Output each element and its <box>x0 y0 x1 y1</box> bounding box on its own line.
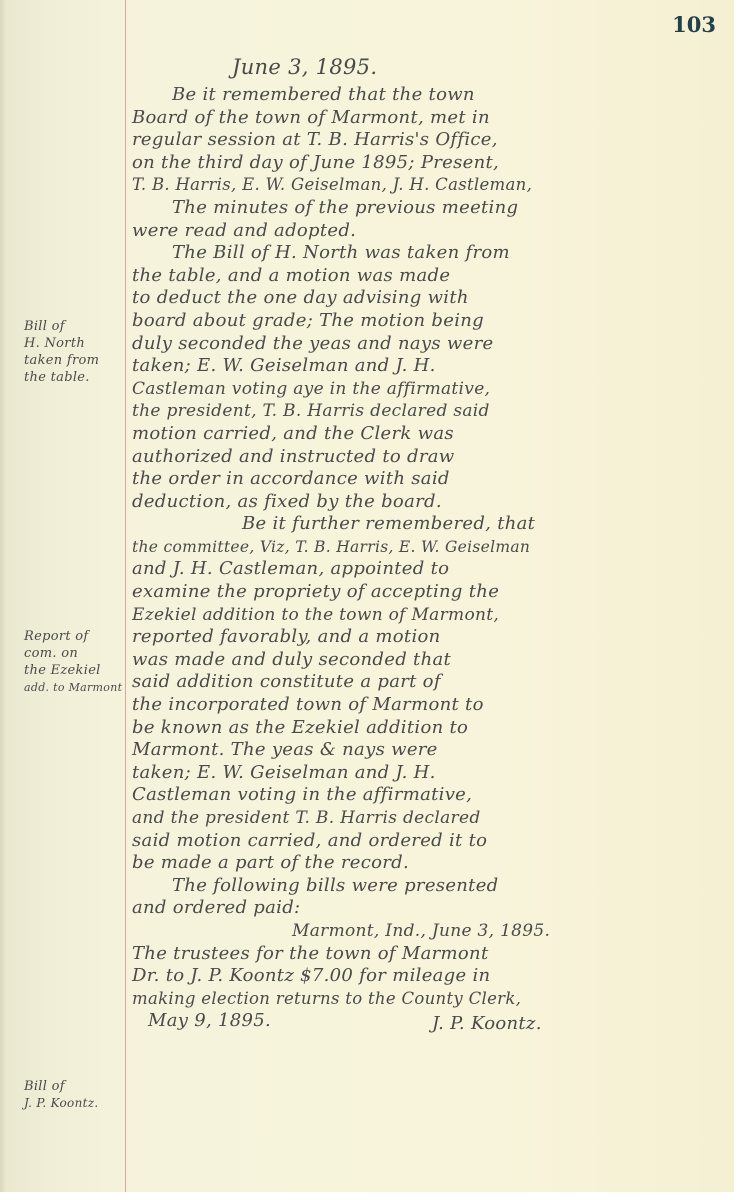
margin-note-line: H. North <box>24 335 124 352</box>
page-number: 103 <box>672 12 716 37</box>
bill-line: making election returns to the County Cl… <box>132 988 728 1011</box>
entry-line: and ordered paid: <box>132 897 728 920</box>
entry-line: the president, T. B. Harris declared sai… <box>132 400 728 423</box>
margin-note-line: Bill of <box>24 318 124 335</box>
entry-line: the table, and a motion was made <box>132 265 728 288</box>
entry-date-heading: June 3, 1895. <box>132 50 728 84</box>
entry-line: deduction, as fixed by the board. <box>132 491 728 514</box>
entry-line: and J. H. Castleman, appointed to <box>132 558 728 581</box>
entry-line: Board of the town of Marmont, met in <box>132 107 728 130</box>
entry-line: be made a part of the record. <box>132 852 728 875</box>
entry-line: motion carried, and the Clerk was <box>132 423 728 446</box>
entry-line: said addition constitute a part of <box>132 671 728 694</box>
entry-line: the order in accordance with said <box>132 468 728 491</box>
margin-note-line: Report of <box>24 628 124 645</box>
entry-line: Castleman voting in the affirmative, <box>132 784 728 807</box>
entry-line: regular session at T. B. Harris's Office… <box>132 129 728 152</box>
binding-shadow <box>0 0 6 1192</box>
entry-line: the committee, Viz, T. B. Harris, E. W. … <box>132 536 728 559</box>
entry-line: Castleman voting aye in the affirmative, <box>132 378 728 401</box>
entry-line: to deduct the one day advising with <box>132 287 728 310</box>
minutes-entry: June 3, 1895. Be it remembered that the … <box>132 50 728 1036</box>
margin-note-line: the table. <box>24 369 124 386</box>
entry-line: T. B. Harris, E. W. Geiselman, J. H. Cas… <box>132 174 728 197</box>
entry-line: were read and adopted. <box>132 220 728 243</box>
margin-note-north-bill: Bill of H. North taken from the table. <box>24 318 124 386</box>
entry-line: duly seconded the yeas and nays were <box>132 333 728 356</box>
entry-line: authorized and instructed to draw <box>132 446 728 469</box>
bill-line: Dr. to J. P. Koontz $7.00 for mileage in <box>132 965 728 988</box>
entry-line: said motion carried, and ordered it to <box>132 830 728 853</box>
entry-line: taken; E. W. Geiselman and J. H. <box>132 762 728 785</box>
margin-note-koontz-bill: Bill of J. P. Koontz. <box>24 1078 124 1112</box>
ledger-page: 103 Bill of H. North taken from the tabl… <box>0 0 734 1192</box>
bill-date: Marmont, Ind., June 3, 1895. <box>132 920 728 943</box>
entry-line: be known as the Ezekiel addition to <box>132 717 728 740</box>
entry-line: reported favorably, and a motion <box>132 626 728 649</box>
entry-line: on the third day of June 1895; Present, <box>132 152 728 175</box>
entry-line: The Bill of H. North was taken from <box>132 242 728 265</box>
entry-line: examine the propriety of accepting the <box>132 581 728 604</box>
entry-line: Be it further remembered, that <box>132 513 728 536</box>
margin-note-line: J. P. Koontz. <box>24 1095 124 1112</box>
entry-line: Marmont. The yeas & nays were <box>132 739 728 762</box>
entry-line: Ezekiel addition to the town of Marmont, <box>132 604 728 627</box>
entry-line: was made and duly seconded that <box>132 649 728 672</box>
margin-note-line: taken from <box>24 352 124 369</box>
margin-note-ezekiel-report: Report of com. on the Ezekiel add. to Ma… <box>24 628 124 696</box>
entry-line: taken; E. W. Geiselman and J. H. <box>132 355 728 378</box>
entry-line: The minutes of the previous meeting <box>132 197 728 220</box>
bill-line: The trustees for the town of Marmont <box>132 943 728 966</box>
entry-line: Be it remembered that the town <box>132 84 728 107</box>
margin-note-line: com. on <box>24 645 124 662</box>
margin-note-line: Bill of <box>24 1078 124 1095</box>
entry-line: board about grade; The motion being <box>132 310 728 333</box>
margin-note-line: the Ezekiel <box>24 662 124 679</box>
entry-line: the incorporated town of Marmont to <box>132 694 728 717</box>
margin-rule <box>125 0 126 1192</box>
entry-line: The following bills were presented <box>132 875 728 898</box>
margin-note-line: add. to Marmont <box>24 679 124 696</box>
entry-line: and the president T. B. Harris declared <box>132 807 728 830</box>
